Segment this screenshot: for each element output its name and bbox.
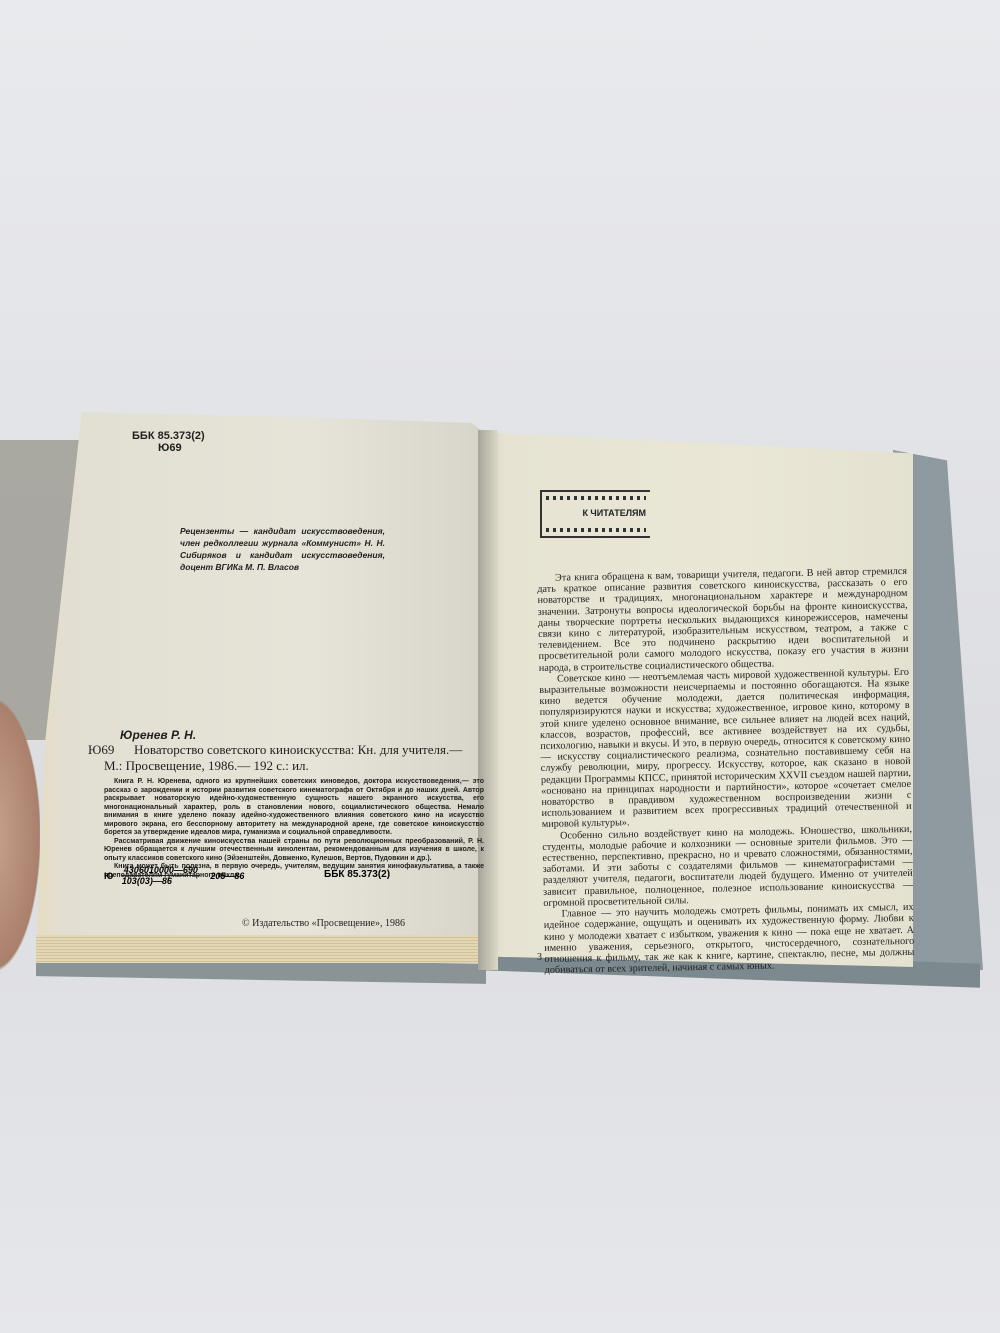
film-perforations-top	[546, 496, 646, 500]
index-prefix: Ю	[104, 871, 113, 881]
index-bbk: ББК 85.373(2)	[324, 869, 390, 880]
page-number: 3	[537, 952, 542, 963]
annotation-paragraph: Книга Р. Н. Юренева, одного из крупнейши…	[104, 778, 484, 838]
preface-paragraph: Особенно сильно воздействует кино на мол…	[542, 824, 913, 910]
copyright-line: © Издательство «Просвещение», 1986	[242, 918, 405, 929]
index-code: 205—86	[210, 871, 244, 881]
page-edges	[36, 935, 486, 963]
publishing-indices: Ю 4306010000—690 103(03)—86 205—86 ББК 8…	[104, 865, 484, 886]
book-gutter	[478, 430, 498, 970]
catalog-author: Юренев Р. Н.	[120, 728, 484, 742]
hand	[0, 700, 40, 970]
index-denominator: 103(03)—86	[122, 876, 200, 886]
catalog-title-line: Ю69Новаторство советского киноискусства:…	[88, 742, 484, 758]
section-title: К ЧИТАТЕЛЯМ	[582, 508, 646, 518]
catalog-title: Новаторство советского киноискусства: Кн…	[134, 742, 462, 757]
filmstrip-header-frame: К ЧИТАТЕЛЯМ	[540, 490, 650, 538]
catalog-card: Юренев Р. Н. Ю69Новаторство советского к…	[104, 728, 484, 880]
bbk-classification: ББК 85.373(2) Ю69	[132, 430, 205, 454]
author-mark: Ю69	[158, 442, 205, 454]
annotation-paragraph: Рассматривая движение киноискусства наше…	[104, 838, 484, 864]
preface-body: Эта книга обращена к вам, товарищи учите…	[537, 566, 915, 976]
index-fraction: 4306010000—690 103(03)—86	[122, 865, 200, 886]
photo-scene: ББК 85.373(2) Ю69 Рецензенты — кандидат …	[0, 0, 1000, 1333]
catalog-code: Ю69	[88, 742, 134, 758]
preface-paragraph: Эта книга обращена к вам, товарищи учите…	[537, 566, 909, 674]
catalog-publication: М.: Просвещение, 1986.— 192 с.: ил.	[104, 758, 484, 774]
preface-paragraph: Советское кино — неотъемлемая часть миро…	[539, 667, 912, 831]
film-perforations-bottom	[546, 528, 646, 532]
reviewers-note: Рецензенты — кандидат искусствоведения, …	[180, 525, 385, 573]
bbk-code: ББК 85.373(2)	[132, 430, 205, 442]
index-numerator: 4306010000—690	[122, 865, 200, 876]
preface-paragraph: Главное — это научить молодежь смотреть …	[543, 902, 914, 976]
